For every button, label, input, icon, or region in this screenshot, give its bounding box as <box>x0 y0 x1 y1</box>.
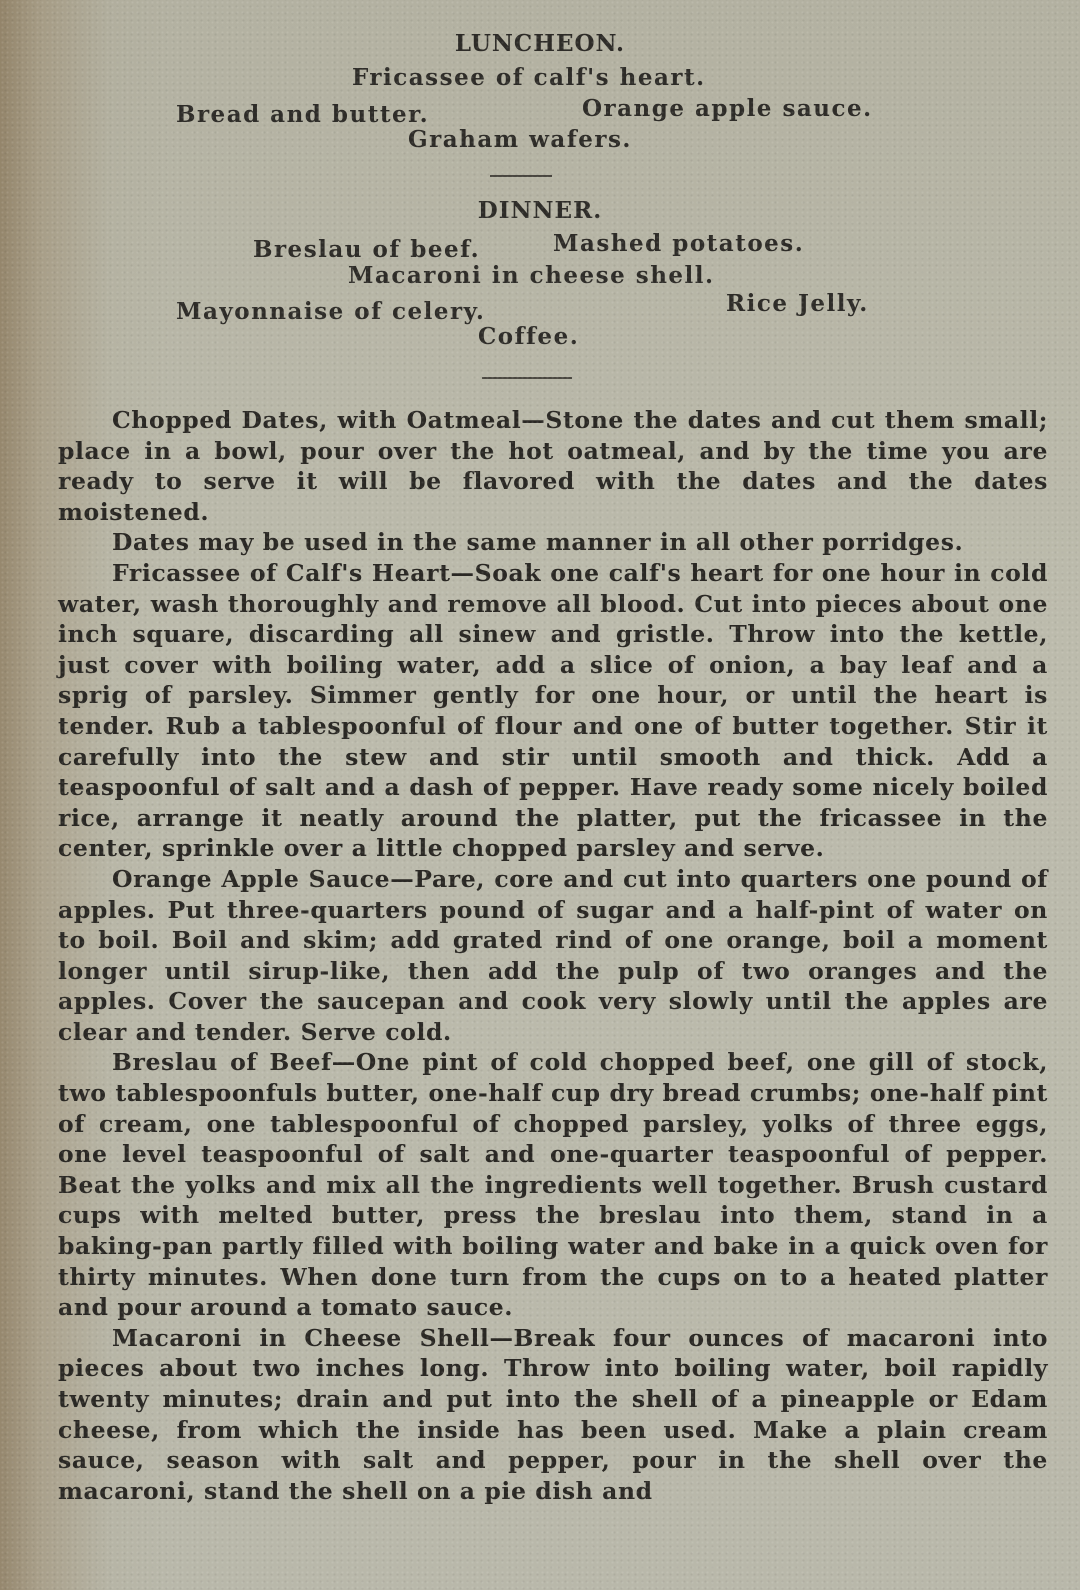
book-page: LUNCHEON. Fricassee of calf's heart. Bre… <box>0 0 1080 1590</box>
recipe-title: Orange Apple Sauce <box>112 865 390 893</box>
recipe-paragraph: Macaroni in Cheese Shell—Break four ounc… <box>58 1323 1048 1507</box>
recipe-text: Dates may be used in the same manner in … <box>112 528 963 556</box>
menu-item: Macaroni in cheese shell. <box>348 262 715 289</box>
recipe-text: —One pint of cold chopped beef, one gill… <box>58 1048 1048 1321</box>
recipes-body: Chopped Dates, with Oatmeal—Stone the da… <box>58 405 1048 1506</box>
recipe-paragraph: Orange Apple Sauce—Pare, core and cut in… <box>58 864 1048 1048</box>
menu-item: Rice Jelly. <box>726 290 869 317</box>
menu-item: Mashed potatoes. <box>553 230 804 257</box>
divider <box>490 175 552 177</box>
recipe-title: Chopped Dates, with Oatmeal <box>112 406 521 434</box>
menu-item: Orange apple sauce. <box>582 95 873 122</box>
luncheon-heading: LUNCHEON. <box>0 30 1080 57</box>
recipe-title: Breslau of Beef <box>112 1048 332 1076</box>
menu-item: Bread and butter. <box>176 101 429 128</box>
menu-item: Breslau of beef. <box>253 236 480 263</box>
recipe-text: —Soak one calf's heart for one hour in c… <box>58 559 1048 862</box>
recipe-paragraph: Breslau of Beef—One pint of cold chopped… <box>58 1047 1048 1322</box>
divider <box>482 377 572 379</box>
recipe-title: Macaroni in Cheese Shell <box>112 1324 489 1352</box>
menu-item: Mayonnaise of celery. <box>176 298 485 325</box>
recipe-paragraph: Fricassee of Calf's Heart—Soak one calf'… <box>58 558 1048 864</box>
recipe-title: Fricassee of Calf's Heart <box>112 559 451 587</box>
recipe-paragraph: Dates may be used in the same manner in … <box>58 527 1048 558</box>
menu-item: Graham wafers. <box>408 126 632 153</box>
recipe-paragraph: Chopped Dates, with Oatmeal—Stone the da… <box>58 405 1048 527</box>
dinner-heading: DINNER. <box>0 197 1080 224</box>
menu-item: Coffee. <box>478 323 579 350</box>
menu-item: Fricassee of calf's heart. <box>352 64 706 91</box>
